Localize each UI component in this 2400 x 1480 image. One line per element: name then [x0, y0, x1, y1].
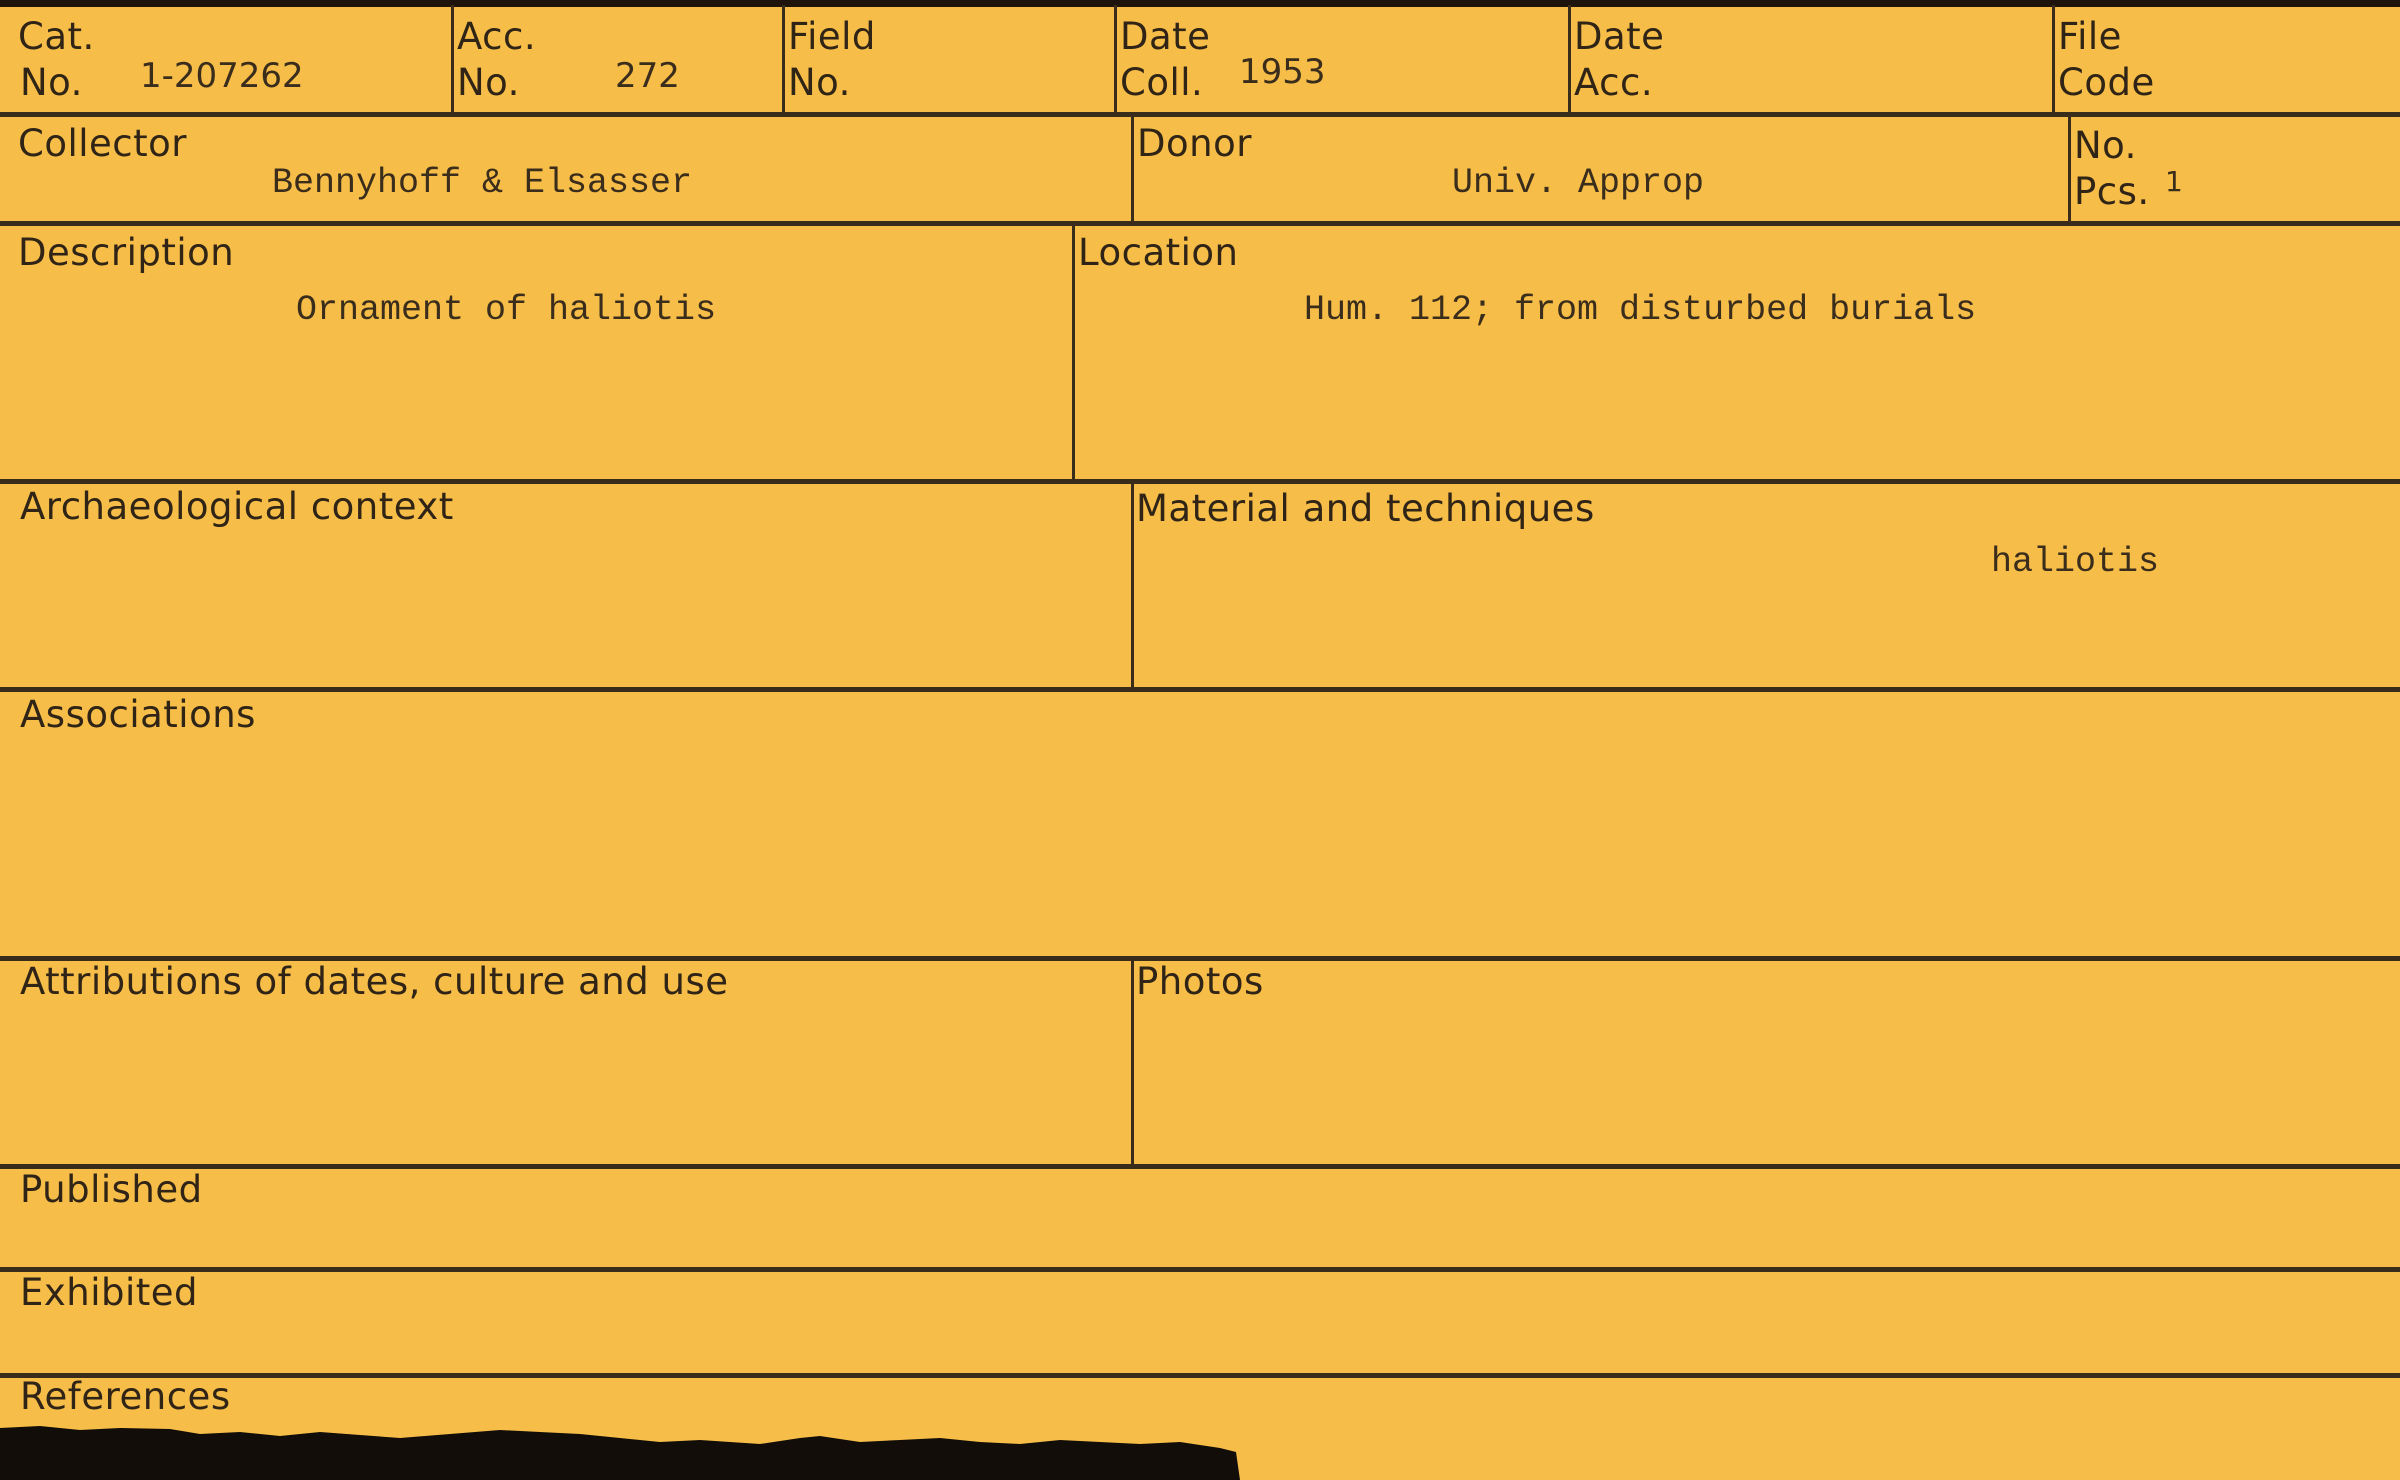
acc-no-label-line1: Acc.: [457, 18, 536, 57]
material-techniques-value: haliotis: [1991, 542, 2159, 582]
date-acc-field: Date Acc.: [1571, 0, 2052, 115]
associations-field: Associations: [0, 692, 2400, 959]
donor-label: Donor: [1137, 125, 1252, 164]
published-label: Published: [20, 1171, 203, 1210]
archaeological-context-label: Archaeological context: [20, 488, 454, 527]
location-label: Location: [1078, 234, 1239, 273]
cat-no-value: 1-207262: [140, 56, 304, 96]
material-techniques-label: Material and techniques: [1136, 490, 1595, 529]
cat-no-label-line1: Cat.: [18, 18, 95, 57]
location-value: Hum. 112; from disturbed burials: [1304, 290, 1976, 330]
photos-field: Photos: [1134, 961, 2400, 1167]
field-no-label-line2: No.: [788, 64, 851, 103]
date-acc-label-line2: Acc.: [1574, 64, 1653, 103]
acc-no-value: 272: [615, 56, 680, 96]
date-coll-field: Date Coll. 1953: [1117, 0, 1568, 115]
collector-field: Collector Bennyhoff & Elsasser: [0, 117, 1131, 224]
file-code-label-line2: Code: [2058, 64, 2155, 103]
file-code-label-line1: File: [2058, 18, 2122, 57]
field-no-label-line1: Field: [788, 18, 876, 57]
date-coll-label-line1: Date: [1120, 18, 1210, 57]
date-coll-value: 1953: [1239, 52, 1326, 92]
no-pcs-label-line2: Pcs.: [2074, 173, 2150, 212]
published-field: Published: [0, 1169, 2400, 1267]
attributions-label: Attributions of dates, culture and use: [20, 963, 729, 1002]
collector-label: Collector: [18, 125, 187, 164]
attributions-field: Attributions of dates, culture and use: [0, 961, 1131, 1167]
description-value: Ornament of haliotis: [296, 290, 716, 330]
exhibited-field: Exhibited: [0, 1272, 2400, 1373]
donor-value: Univ. Approp: [1452, 163, 1704, 203]
location-field: Location Hum. 112; from disturbed burial…: [1075, 226, 2400, 482]
no-pcs-field: No. Pcs. 1: [2071, 117, 2400, 224]
acc-no-label-line2: No.: [457, 64, 520, 103]
cat-no-field: Cat. No. 1-207262: [0, 0, 451, 115]
description-field: Description Ornament of haliotis: [0, 226, 1072, 482]
cat-no-label-line2: No.: [20, 64, 83, 103]
file-code-field: File Code: [2055, 0, 2400, 115]
torn-edge-shadow: [0, 1420, 1240, 1480]
no-pcs-value: 1: [2165, 165, 2183, 198]
date-acc-label-line1: Date: [1574, 18, 1664, 57]
acc-no-field: Acc. No. 272: [454, 0, 782, 115]
associations-label: Associations: [20, 696, 256, 735]
donor-field: Donor Univ. Approp: [1134, 117, 2068, 224]
catalog-card: Cat. No. 1-207262 Acc. No. 272 Field No.…: [0, 0, 2400, 1480]
archaeological-context-field: Archaeological context: [0, 484, 1131, 690]
references-label: References: [20, 1378, 231, 1417]
material-techniques-field: Material and techniques haliotis: [1134, 484, 2400, 690]
exhibited-label: Exhibited: [20, 1274, 198, 1313]
no-pcs-label-line1: No.: [2074, 127, 2137, 166]
date-coll-label-line2: Coll.: [1120, 64, 1203, 103]
photos-label: Photos: [1136, 963, 1264, 1002]
description-label: Description: [18, 234, 234, 273]
collector-value: Bennyhoff & Elsasser: [272, 163, 692, 203]
field-no-field: Field No.: [785, 0, 1114, 115]
